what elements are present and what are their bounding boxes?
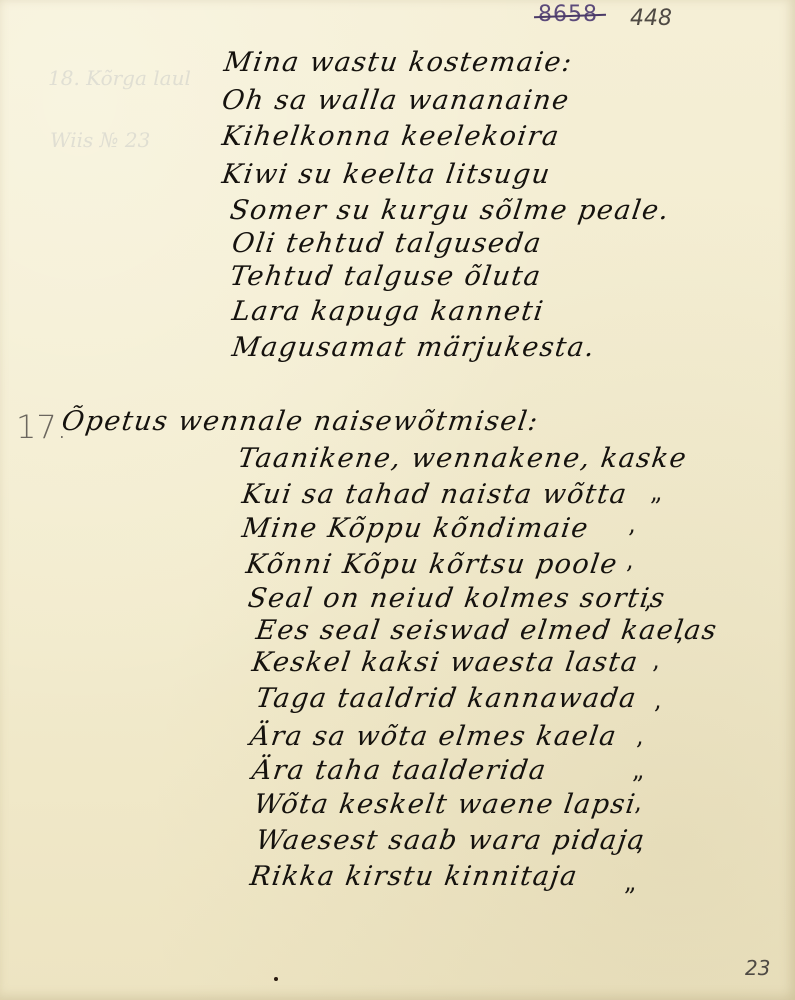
verse-line: Waesest saab wara pidaja: [254, 826, 647, 856]
verse-line: Ees seal seiswad elmed kaelas: [254, 616, 719, 646]
verse-line: Oli tehtud talguseda: [230, 229, 544, 259]
verse-line: Kõnni Kõpu kõrtsu poole: [244, 550, 620, 580]
section-title: Õpetus wennale naisewõtmisel:: [60, 406, 541, 437]
bleed-through-text: Wiis № 23: [50, 128, 150, 152]
ditto-mark: ,: [644, 586, 652, 614]
ditto-mark: ,: [636, 722, 644, 750]
verse-line: Lara kapuga kanneti: [230, 297, 546, 327]
section-number: 17.: [16, 408, 67, 446]
ditto-mark: ,: [636, 828, 644, 856]
verse-line: Mina wastu kostemaie:: [222, 48, 575, 78]
verse-line: Keskel kaksi waesta lasta: [250, 648, 641, 678]
ditto-mark: ,: [676, 618, 684, 646]
verse-line: Somer su kurgu sõlme peale.: [228, 196, 672, 226]
verse-line: Tehtud talguse õluta: [228, 262, 544, 292]
manuscript-page: 18. Kõrga laul Wiis № 23 8658 448 Mina w…: [0, 0, 795, 1000]
verse-line: Taga taaldrid kannawada: [254, 684, 639, 714]
ditto-mark: ‚: [628, 510, 636, 538]
ditto-mark: ,: [654, 686, 662, 714]
bleed-through-text: 18. Kõrga laul: [48, 66, 191, 90]
verse-line: Magusamat märjukesta.: [230, 333, 597, 363]
archive-number: 448: [630, 6, 672, 31]
archive-number-struck: 8658: [538, 2, 598, 27]
verse-line: Kiwi su keelta litsugu: [220, 160, 553, 190]
verse-line: Kui sa tahad naista wõtta: [240, 480, 629, 510]
verse-line: Oh sa walla wananaine: [220, 86, 572, 116]
verse-line: Kihelkonna keelekoira: [220, 122, 562, 152]
ditto-mark: „: [650, 478, 662, 506]
verse-line: Ära sa wõta elmes kaela: [248, 722, 619, 752]
ditto-mark: ‚: [634, 788, 642, 816]
ditto-mark: „: [624, 868, 636, 896]
ditto-mark: ,: [626, 546, 634, 574]
verse-line: Wõta keskelt waene lapsi: [252, 790, 638, 820]
verse-line: Taanikene, wennakene, kaske: [236, 444, 689, 474]
ditto-mark: „: [632, 756, 644, 784]
page-number: 23: [745, 956, 770, 980]
verse-line: Ära taha taalderida: [250, 756, 549, 786]
ink-dot: [274, 977, 278, 981]
verse-line: Mine Kõppu kõndimaie: [240, 514, 591, 544]
verse-line: Rikka kirstu kinnitaja: [248, 862, 580, 892]
ditto-mark: ‚: [652, 646, 660, 674]
verse-line: Seal on neiud kolmes sortis: [246, 584, 668, 614]
